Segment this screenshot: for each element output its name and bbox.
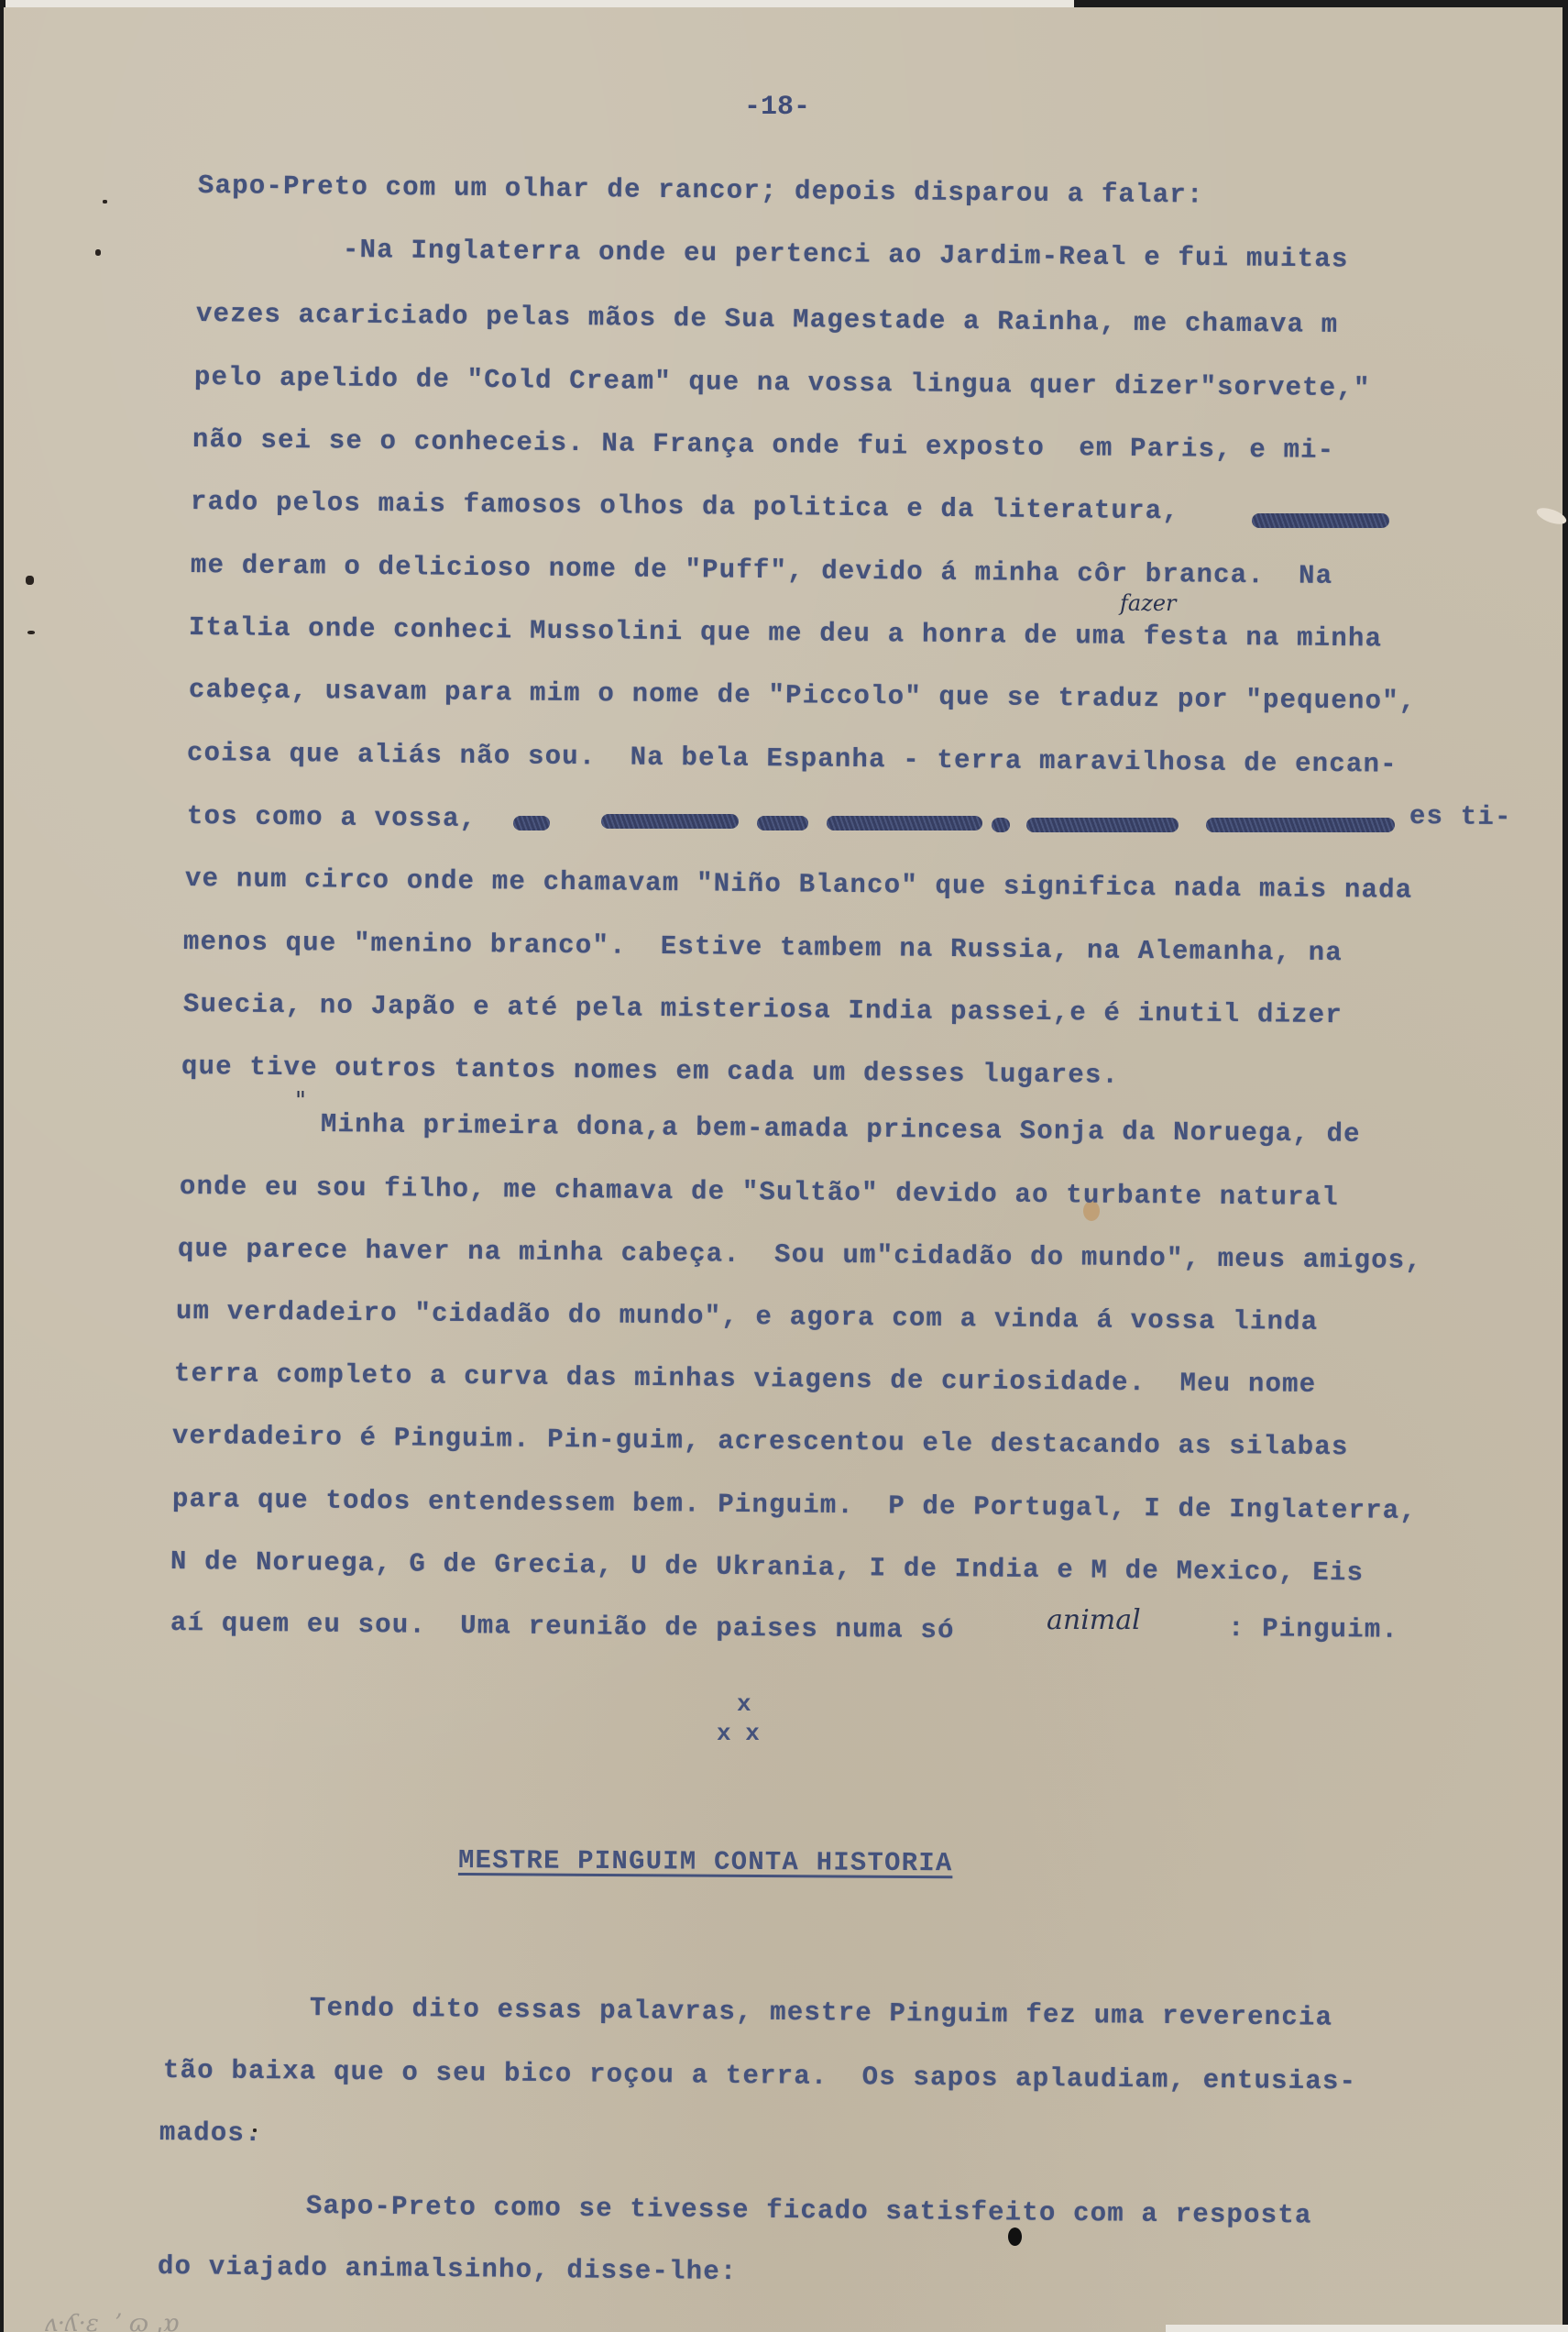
text-line: não sei se o conheceis. Na França onde f… (192, 424, 1335, 466)
text-line: do viajado animalsinho, disse-lhe: (158, 2251, 738, 2287)
crossed-out-text (601, 814, 739, 829)
separator-mark: x (737, 1690, 751, 1718)
text-line: ve num circo onde me chamavam "Niño Blan… (185, 863, 1413, 906)
text-line-fragment: es ti- (1409, 801, 1512, 832)
margin-mark (253, 2128, 257, 2132)
text-line: me deram o delicioso nome de "Puff", dev… (191, 550, 1333, 591)
text-line: Minha primeira dona,a bem-amada princesa… (321, 1109, 1361, 1149)
ink-blot (1008, 2227, 1022, 2246)
crossed-out-text (827, 816, 982, 830)
typewritten-page: -18- Sapo-Preto com um olhar de rancor; … (4, 7, 1563, 2332)
handwritten-open-quote: " (295, 1087, 306, 1115)
text-line: rado pelos mais famosos olhos da politic… (191, 487, 1179, 526)
crossed-out-text (992, 818, 1010, 832)
text-line: cabeça, usavam para mim o nome de "Picco… (189, 675, 1417, 717)
text-line: Suecia, no Japão e até pela misteriosa I… (183, 989, 1343, 1030)
text-line: -Na Inglaterra onde eu pertenci ao Jardi… (343, 235, 1349, 275)
separator-mark: x x (717, 1720, 760, 1747)
scan-top-edge (0, 0, 1568, 7)
text-line: aí quem eu sou. Uma reunião de paises nu… (170, 1608, 955, 1645)
text-line: tos como a vossa, (187, 801, 477, 834)
text-line: onde eu sou filho, me chamava de "Sultão… (180, 1171, 1339, 1213)
text-line: verdadeiro é Pinguim. Pin-guim, acrescen… (172, 1421, 1349, 1462)
text-line: vezes acariciado pelas mãos de Sua Mages… (196, 299, 1339, 340)
text-line: Sapo-Preto com um olhar de rancor; depoi… (198, 170, 1204, 211)
text-line: Tendo dito essas palavras, mestre Pingui… (310, 1993, 1332, 2033)
section-title: MESTRE PINGUIM CONTA HISTORIA (458, 1845, 953, 1878)
handwritten-insert-fazer: fazer (1120, 590, 1177, 616)
text-line: pelo apelido de "Cold Cream" que na voss… (194, 362, 1371, 403)
paper-tear (1535, 505, 1568, 528)
text-line: que parece haver na minha cabeça. Sou um… (178, 1234, 1422, 1276)
margin-hole (26, 576, 34, 585)
margin-mark (103, 200, 107, 203)
text-line: tão baixa que o seu bico roçou a terra. … (163, 2055, 1356, 2096)
handwritten-insert-animal: animal (1047, 1604, 1141, 1636)
crossed-out-text (1252, 513, 1389, 528)
scan-edge-shadow (1074, 0, 1568, 7)
crossed-out-text (513, 816, 550, 830)
text-line-fragment: : Pinguim. (1228, 1613, 1398, 1645)
text-line: que tive outros tantos nomes em cada um … (181, 1051, 1119, 1091)
crossed-out-text (757, 816, 808, 830)
scan-bottom-edge (1166, 2325, 1568, 2332)
scan-edge-shadow (0, 0, 5, 7)
text-line: terra completo a curva das minhas viagen… (174, 1358, 1317, 1400)
bleed-through-text: ʌ·ʎ·ɛ ʼ ɷ ˌɒ (44, 2310, 179, 2332)
text-line: Sapo-Preto como se tivesse ficado satisf… (306, 2191, 1312, 2231)
text-line: mados. (159, 2117, 262, 2149)
crossed-out-text (1026, 818, 1179, 832)
crossed-out-text (1206, 818, 1395, 832)
text-line: N de Noruega, G de Grecia, U de Ukrania,… (170, 1546, 1364, 1588)
text-line: Italia onde conheci Mussolini que me deu… (189, 612, 1382, 654)
text-line: menos que "menino branco". Estive tambem… (183, 927, 1343, 968)
margin-mark (27, 631, 35, 634)
text-line: coisa que aliás não sou. Na bela Espanha… (187, 738, 1398, 780)
margin-mark (95, 249, 101, 256)
text-line: um verdadeiro "cidadão do mundo", e agor… (176, 1296, 1319, 1337)
text-line: para que todos entendessem bem. Pinguim.… (172, 1484, 1417, 1526)
page-number: -18- (744, 92, 810, 123)
